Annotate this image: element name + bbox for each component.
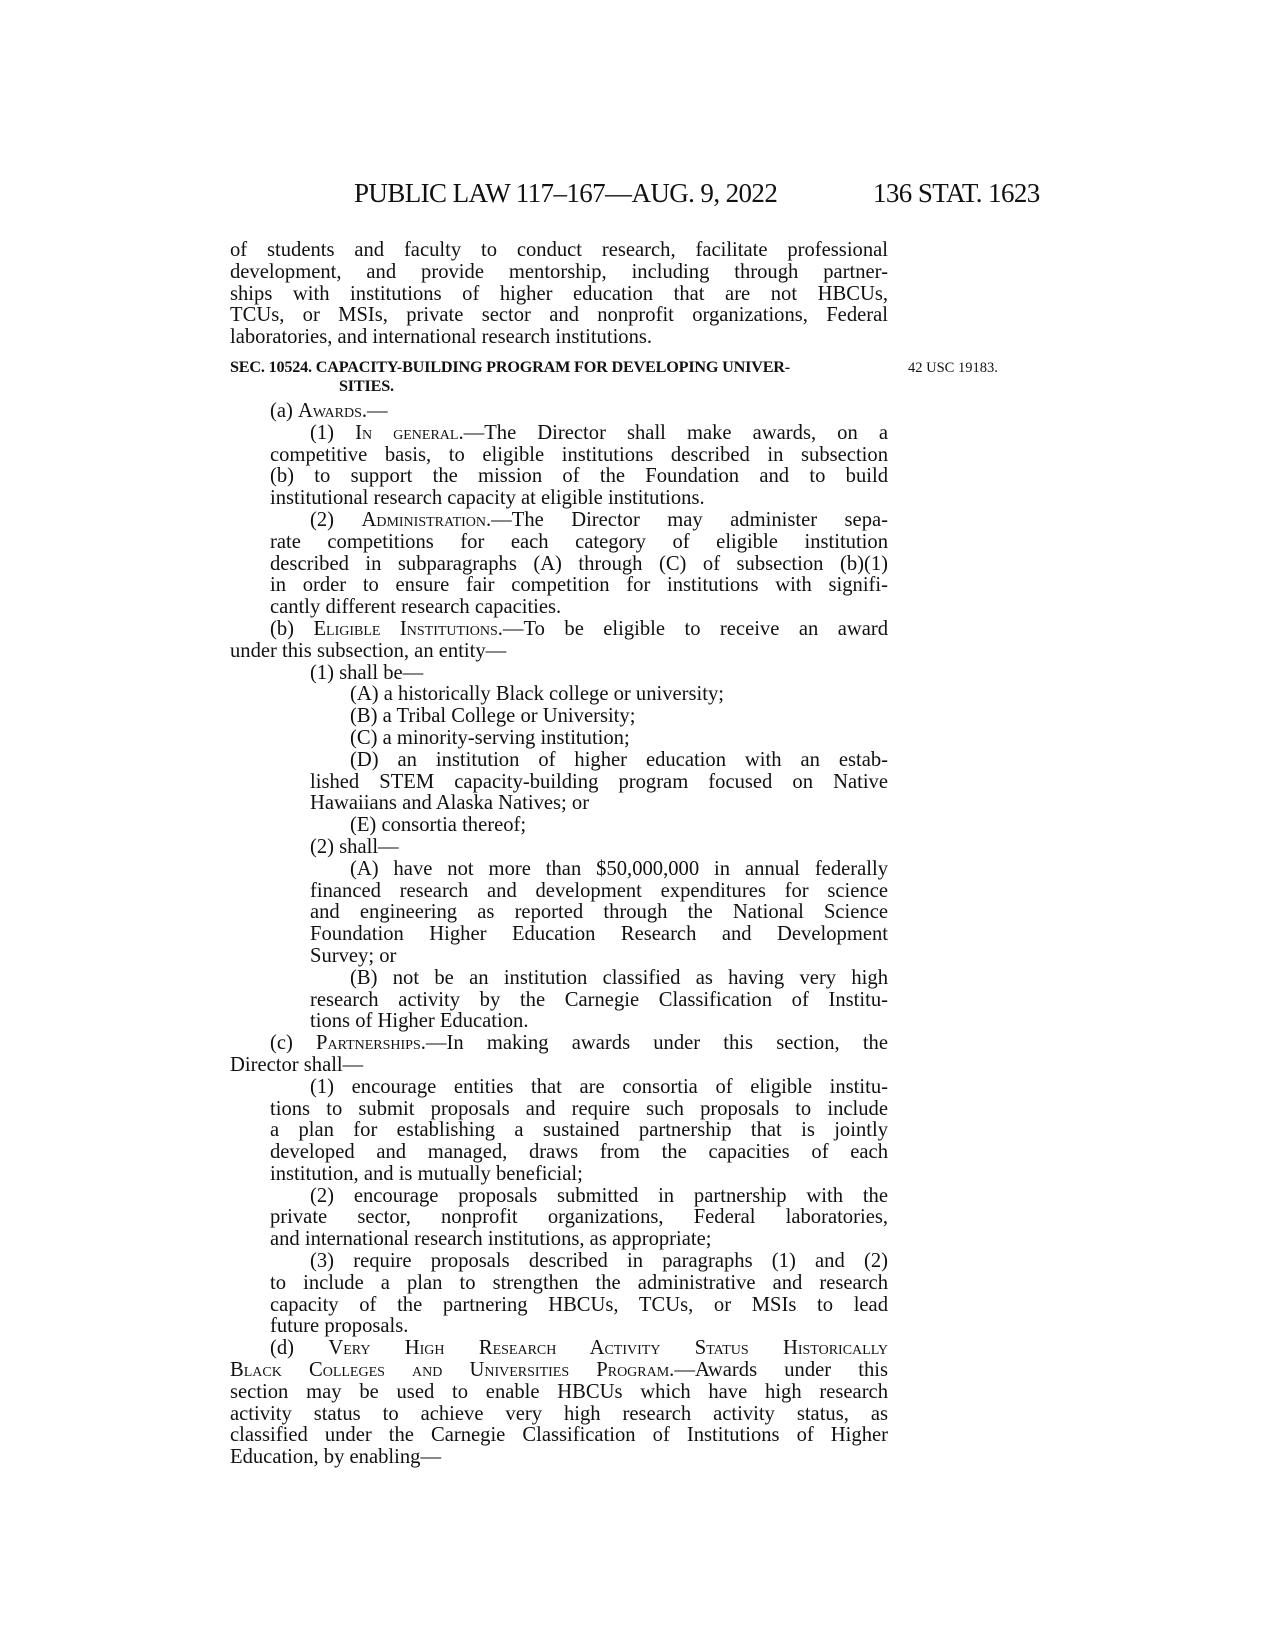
text-line: tions to submit proposals and require su…: [230, 1099, 888, 1121]
text-line: research activity by the Carnegie Classi…: [230, 990, 888, 1012]
text-line: developed and managed, draws from the ca…: [230, 1142, 888, 1164]
paragraph-c2: (2) encourage proposals submitted in par…: [230, 1186, 888, 1208]
subsection-title: Very High Research Activity Status Histo…: [328, 1337, 888, 1359]
list-item: (C) a minority-serving institution;: [230, 728, 888, 750]
text-line: TCUs, or MSIs, private sector and nonpro…: [230, 305, 888, 327]
subsection-label: (c): [270, 1032, 316, 1054]
subsection-title: Awards.—: [298, 400, 388, 422]
statute-page-number: 136 STAT. 1623: [873, 178, 1040, 209]
text-line: in order to ensure fair competition for …: [230, 575, 888, 597]
text-line: of students and faculty to conduct resea…: [230, 240, 888, 262]
subsection-d-heading-cont: Black Colleges and Universities Program.…: [230, 1360, 888, 1382]
public-law-title: PUBLIC LAW 117–167—AUG. 9, 2022: [354, 178, 777, 209]
text-line: Director shall—: [230, 1055, 888, 1077]
paragraph-number: (1): [310, 422, 355, 444]
text-line: Education, by enabling—: [230, 1447, 888, 1469]
text-line: —Awards under this: [674, 1359, 888, 1381]
text-line: a plan for establishing a sustained part…: [230, 1120, 888, 1142]
subsection-label: (a): [270, 400, 298, 422]
subsection-title: Eligible Institutions.: [313, 618, 502, 640]
list-item: (B) not be an institution classified as …: [230, 968, 888, 990]
subsection-label: (b): [270, 618, 313, 640]
text-line: to include a plan to strengthen the admi…: [230, 1273, 888, 1295]
subsection-b-heading: (b) Eligible Institutions.—To be eligibl…: [230, 619, 888, 641]
intro-paragraph: of students and faculty to conduct resea…: [230, 240, 888, 349]
subsection-title: Black Colleges and Universities Program.: [230, 1359, 674, 1381]
paragraph-title: In general.: [355, 422, 464, 444]
text-line: capacity of the partnering HBCUs, TCUs, …: [230, 1295, 888, 1317]
subsection-d-heading: (d) Very High Research Activity Status H…: [230, 1338, 888, 1360]
text-line: described in subparagraphs (A) through (…: [230, 554, 888, 576]
paragraph-c3: (3) require proposals described in parag…: [230, 1251, 888, 1273]
text-line: competitive basis, to eligible instituti…: [230, 445, 888, 467]
subsection-title: Partnerships.: [316, 1032, 426, 1054]
section-heading-line1: SEC. 10524. CAPACITY-BUILDING PROGRAM FO…: [230, 358, 790, 376]
text-line: tions of Higher Education.: [230, 1011, 888, 1033]
text-line: activity status to achieve very high res…: [230, 1404, 888, 1426]
subsection-a-heading: (a) Awards.—: [230, 401, 888, 423]
text-line: Foundation Higher Education Research and…: [230, 924, 888, 946]
text-line: rate competitions for each category of e…: [230, 532, 888, 554]
text-line: —The Director shall make awards, on a: [464, 422, 888, 444]
paragraph-a2: (2) Administration.—The Director may adm…: [230, 510, 888, 532]
text-line: lished STEM capacity-building program fo…: [230, 772, 888, 794]
subsection-label: (d): [270, 1337, 328, 1359]
text-line: —To be eligible to receive an award: [503, 618, 888, 640]
text-line: —The Director may administer sepa-: [491, 509, 888, 531]
text-line: laboratories, and international research…: [230, 327, 888, 349]
subsection-c-heading: (c) Partnerships.—In making awards under…: [230, 1033, 888, 1055]
paragraph-title: Administration.: [361, 509, 491, 531]
text-line: section may be used to enable HBCUs whic…: [230, 1382, 888, 1404]
section-heading-line2: SITIES.: [230, 377, 888, 396]
list-item: (D) an institution of higher education w…: [230, 750, 888, 772]
text-line: Survey; or: [230, 946, 888, 968]
paragraph-number: (2): [310, 509, 361, 531]
usc-citation-margin-note: 42 USC 19183.: [908, 360, 998, 377]
list-item: (A) have not more than $50,000,000 in an…: [230, 859, 888, 881]
text-line: development, and provide mentorship, inc…: [230, 262, 888, 284]
section-heading: SEC. 10524. CAPACITY-BUILDING PROGRAM FO…: [230, 358, 888, 396]
text-line: financed research and development expend…: [230, 881, 888, 903]
section-body: (a) Awards.— (1) In general.—The Directo…: [230, 401, 888, 1469]
text-line: future proposals.: [230, 1316, 888, 1338]
paragraph-c1: (1) encourage entities that are consorti…: [230, 1077, 888, 1099]
text-line: Hawaiians and Alaska Natives; or: [230, 793, 888, 815]
paragraph-b1: (1) shall be—: [230, 663, 888, 685]
text-line: (b) to support the mission of the Founda…: [230, 466, 888, 488]
text-line: institutional research capacity at eligi…: [230, 488, 888, 510]
text-line: and engineering as reported through the …: [230, 902, 888, 924]
text-line: under this subsection, an entity—: [230, 641, 888, 663]
list-item: (E) consortia thereof;: [230, 815, 888, 837]
list-item: (B) a Tribal College or University;: [230, 706, 888, 728]
text-line: institution, and is mutually beneficial;: [230, 1164, 888, 1186]
text-line: ships with institutions of higher educat…: [230, 284, 888, 306]
text-line: —In making awards under this section, th…: [426, 1032, 888, 1054]
text-line: and international research institutions,…: [230, 1229, 888, 1251]
list-item: (A) a historically Black college or univ…: [230, 684, 888, 706]
text-line: cantly different research capacities.: [230, 597, 888, 619]
paragraph-a1: (1) In general.—The Director shall make …: [230, 423, 888, 445]
text-line: classified under the Carnegie Classifica…: [230, 1425, 888, 1447]
text-line: private sector, nonprofit organizations,…: [230, 1207, 888, 1229]
page-header: PUBLIC LAW 117–167—AUG. 9, 2022 136 STAT…: [0, 178, 1275, 218]
paragraph-b2: (2) shall—: [230, 837, 888, 859]
